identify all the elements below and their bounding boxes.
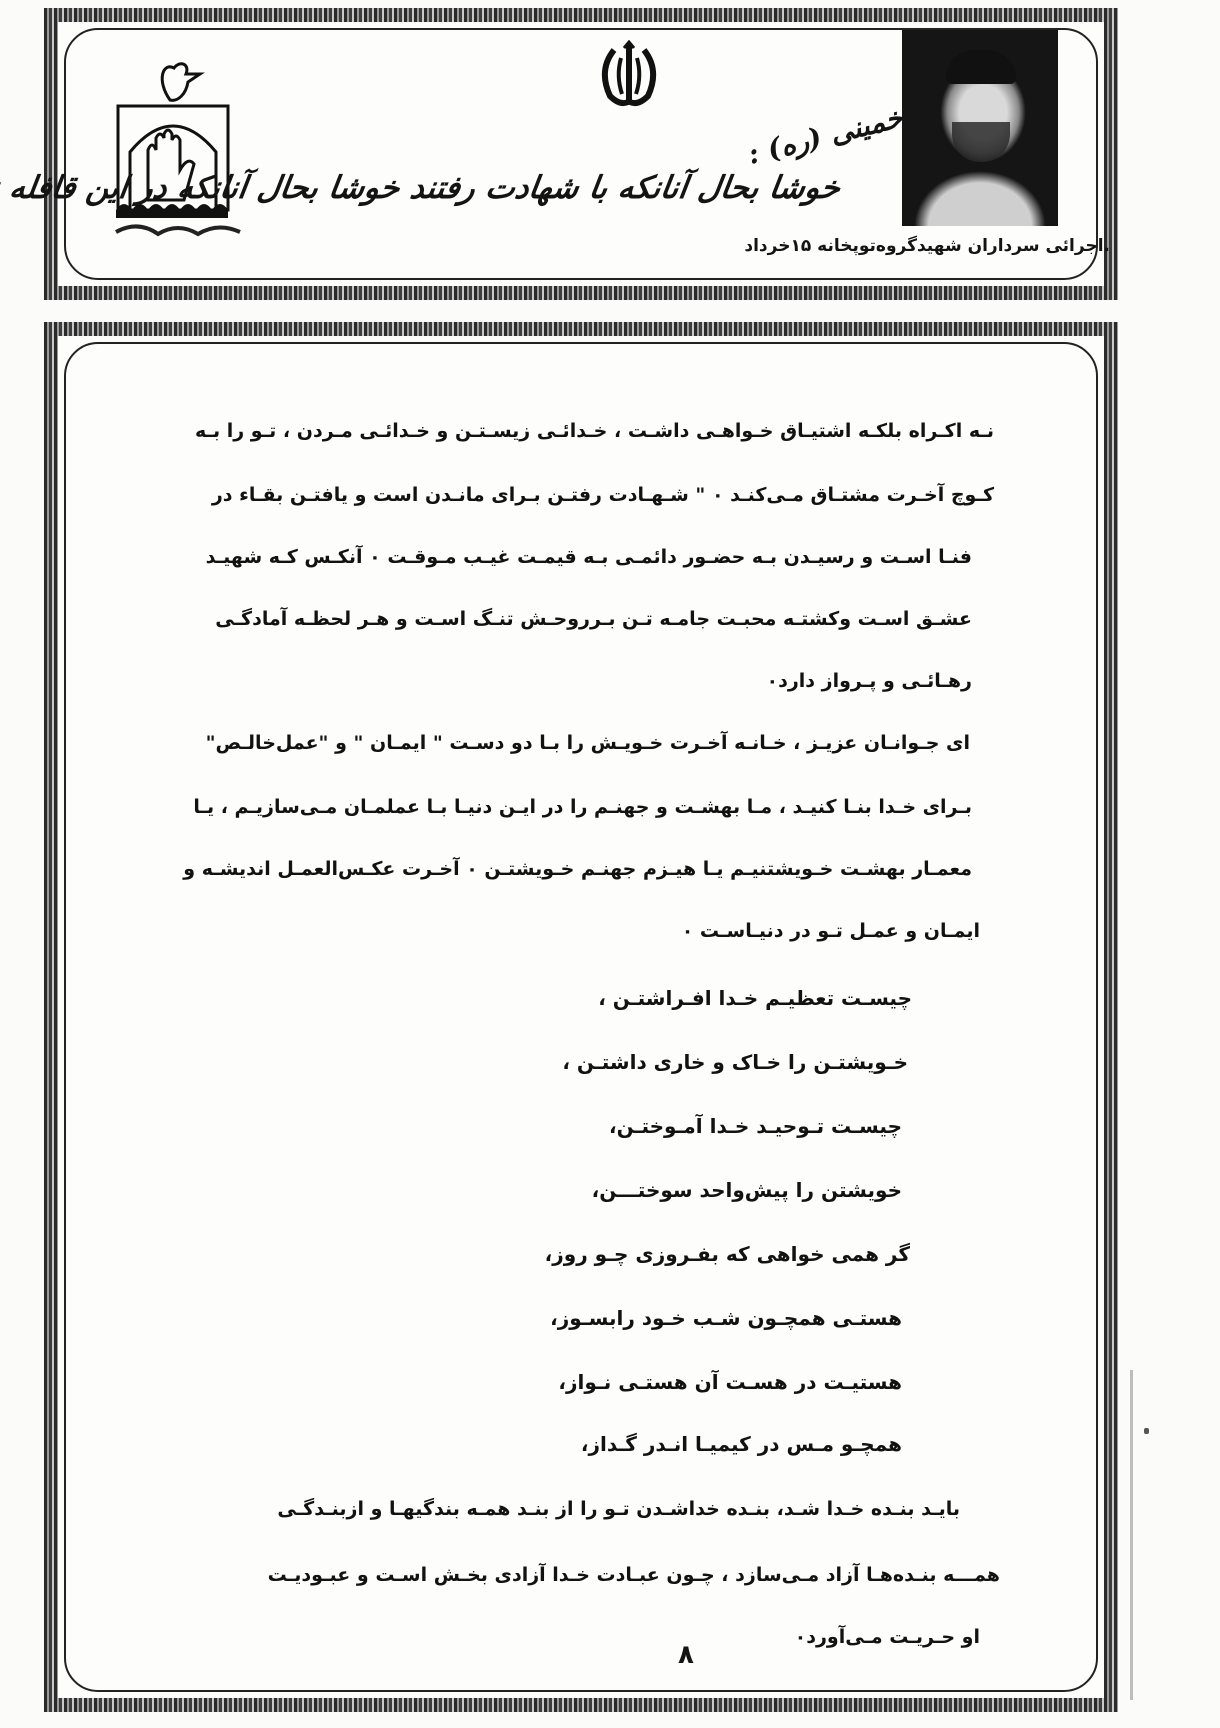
paragraph-1-line: فنـا اسـت و رسیـدن بـه حضـور دائمـی بـه …: [206, 546, 972, 568]
paragraph-1-line: عشـق اسـت وکشتـه محبـت جامـه تـن بـرروحـ…: [215, 608, 972, 630]
paragraph-2-line: معمـار بهشـت خـویشتنیـم یـا هیـزم جهنـم …: [183, 858, 972, 880]
verse-line: خویشتن را پیش‌واحد سوختـــن،: [592, 1178, 902, 1202]
paragraph-3-line: بایـد بنـده خـدا شـد، بنـده خداشـدن تـو …: [277, 1498, 960, 1520]
header-quote: خوشا بحال آنانکه با شهادت رفتند خوشا بحا…: [297, 170, 842, 206]
body-inner-rule: [64, 342, 1098, 1692]
verse-line: همچـو مـس در کیمیـا انـدر گـداز،: [581, 1432, 902, 1456]
scan-edge-line: [1130, 1370, 1133, 1700]
verse-line: چیسـت تـوحیـد خـدا آمـوختـن،: [609, 1114, 902, 1138]
verse-line: هستـی همچـون شـب خـود رابسـوز،: [550, 1306, 902, 1330]
paragraph-3-line: همـــه بنـده‌هـا آزاد مـی‌سازد ، چـون عب…: [268, 1564, 1000, 1586]
portrait-hair: [946, 50, 1016, 84]
verse-line: چیسـت تعظیـم خـدا افـراشتـن ،: [598, 986, 912, 1010]
martyr-foundation-logo-icon: [108, 60, 248, 250]
portrait-beard: [952, 122, 1010, 162]
iran-emblem-icon: [594, 40, 664, 108]
scan-artifact-dot: [1144, 1428, 1149, 1434]
paragraph-2-line: ایمـان و عمـل تـو در دنیـاسـت ٠: [682, 920, 980, 942]
paragraph-1-line: نـه اکـراه بلکـه اشتیـاق خـواهـی داشـت ،…: [195, 420, 994, 442]
verse-line: گر همی خواهی که بفـروزی چـو روز،: [545, 1242, 910, 1266]
paragraph-1-line: رهـائـی و پـرواز دارد٠: [766, 670, 972, 692]
paragraph-2-line: ای جـوانـان عزیـز ، خـانـه آخـرت خـویـش …: [206, 732, 970, 754]
martyr-portrait-photo: [902, 30, 1058, 226]
paragraph-1-line: کـوچ آخـرت مشتـاق مـی‌کنـد ٠ " شـهـادت ر…: [212, 484, 994, 506]
verse-line: خـویشتـن را خـاک و خاری داشتـن ،: [562, 1050, 908, 1074]
page-number: ۸: [678, 1640, 694, 1670]
verse-line: هستیـت در هسـت آن هستـی نـواز،: [558, 1370, 902, 1394]
paragraph-2-line: بـرای خـدا بنـا کنیـد ، مـا بهشـت و جهنـ…: [193, 796, 972, 818]
paragraph-3-line: او حـریـت مـی‌آورد٠: [795, 1626, 980, 1648]
photo-caption: .اجرائی سرداران شهیدگروه‌توپخانه ۱۵خرداد: [744, 236, 1110, 256]
